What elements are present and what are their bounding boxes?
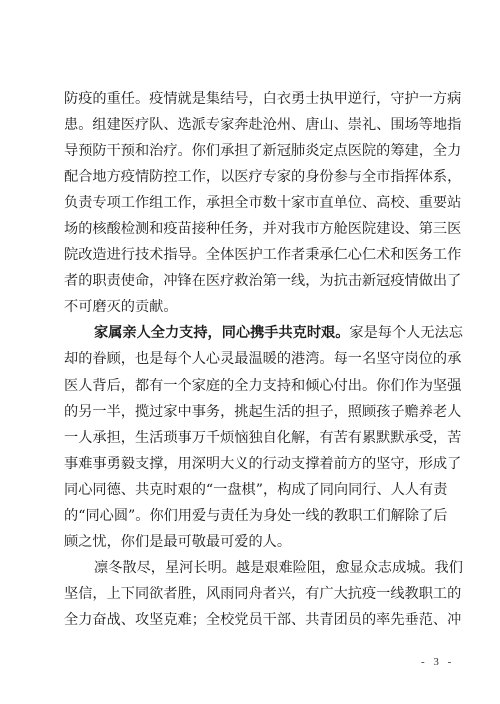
paragraph-heading: 家属亲人全力支持，同心携手共克时艰。 (94, 325, 349, 341)
text-line: 患。组建医疗队、选派专家奔赴沧州、唐山、崇礼、围场等地指 (64, 112, 440, 138)
text-line: 场的核酸检测和疫苗接种任务，并对我市方舱医院建设、第三医 (64, 216, 440, 242)
text-line: 负责专项工作组工作，承担全市数十家市直单位、高校、重要站 (64, 190, 440, 216)
text-line: 全力奋战、攻坚克难；全校党员干部、共青团员的率先垂范、冲 (64, 607, 440, 633)
text-line: 不可磨灭的贡献。 (64, 294, 440, 320)
text-line: 一人承担，生活琐事万千烦恼独自化解，有苦有累默默承受，苦 (64, 425, 440, 451)
text-span: 家是每个人无法忘 (349, 325, 463, 341)
text-line: 凛冬散尽，星河长明。越是艰难险阻，愈显众志成城。我们 (64, 555, 440, 581)
body-text: 防疫的重任。疫情就是集结号，白衣勇士执甲逆行，守护一方病 患。组建医疗队、选派专… (64, 86, 440, 633)
paragraph-heading-line: 家属亲人全力支持，同心携手共克时艰。家是每个人无法忘 (64, 320, 440, 346)
text-line: 顾之忧，你们是最可敬最可爱的人。 (64, 529, 440, 555)
document-page: 防疫的重任。疫情就是集结号，白衣勇士执甲逆行，守护一方病 患。组建医疗队、选派专… (0, 0, 500, 704)
text-line: 医人背后，都有一个家庭的全力支持和倾心付出。你们作为坚强 (64, 373, 440, 399)
text-line: 的另一半，揽过家中事务，挑起生活的担子，照顾孩子赡养老人 (64, 399, 440, 425)
text-line: 防疫的重任。疫情就是集结号，白衣勇士执甲逆行，守护一方病 (64, 86, 440, 112)
text-line: 的“同心圆”。你们用爱与责任为身处一线的教职工们解除了后 (64, 503, 440, 529)
text-line: 院改造进行技术指导。全体医护工作者秉承仁心仁术和医务工作 (64, 242, 440, 268)
text-line: 配合地方疫情防控工作，以医疗专家的身份参与全市指挥体系， (64, 164, 440, 190)
text-line: 坚信，上下同欲者胜，风雨同舟者兴，有广大抗疫一线教职工的 (64, 581, 440, 607)
text-line: 却的眷顾，也是每个人心灵最温暖的港湾。每一名坚守岗位的承 (64, 346, 440, 372)
text-line: 事难事勇毅支撑，用深明大义的行动支撑着前方的坚守，形成了 (64, 451, 440, 477)
text-line: 导预防干预和治疗。你们承担了新冠肺炎定点医院的筹建，全力 (64, 138, 440, 164)
text-line: 者的职责使命，冲锋在医疗救治第一线，为抗击新冠疫情做出了 (64, 268, 440, 294)
page-number: - 3 - (421, 656, 454, 668)
text-line: 同心同德、共克时艰的“一盘棋”，构成了同向同行、人人有责 (64, 477, 440, 503)
